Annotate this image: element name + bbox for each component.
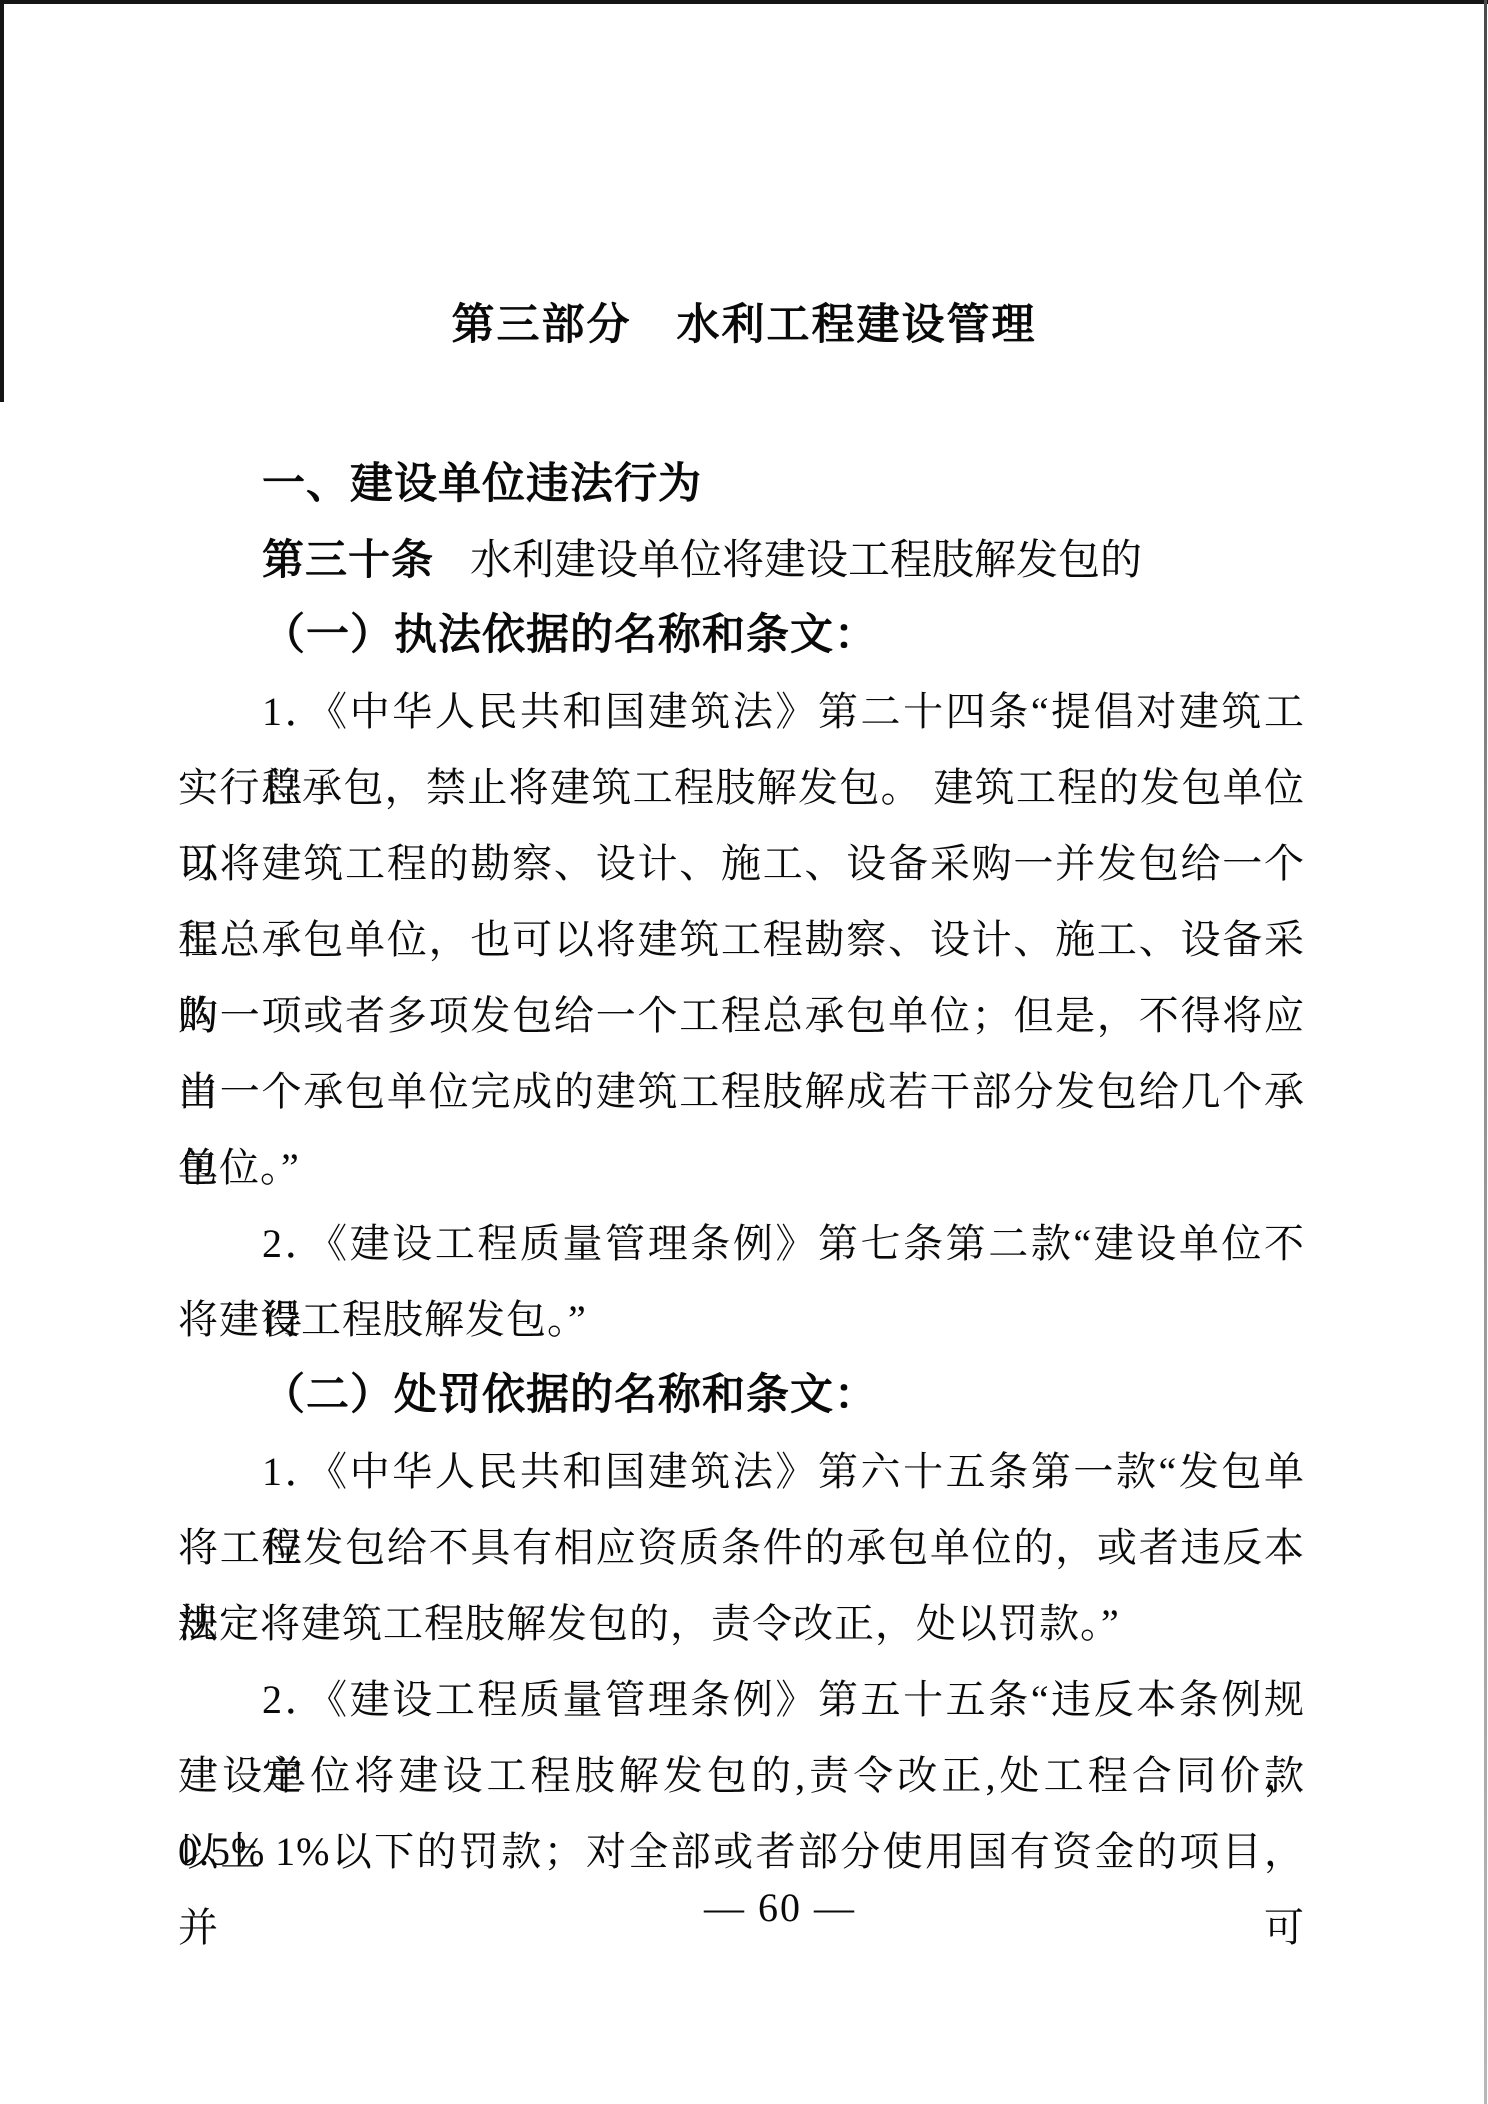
clause-subheading: （二）处罚依据的名称和条文： — [178, 1358, 1305, 1434]
text-line: 由一个承包单位完成的建筑工程肢解成若干部分发包给几个承包 — [178, 1054, 1305, 1130]
text-line: 1．《中华人民共和国建筑法》第六十五条第一款“发包单位 — [178, 1434, 1305, 1510]
article-number: 第三十条 — [262, 536, 434, 583]
text-line: 2．《建设工程质量管理条例》第七条第二款“建设单位不得 — [178, 1206, 1305, 1282]
text-line: 1．《中华人民共和国建筑法》第二十四条“提倡对建筑工程 — [178, 674, 1305, 750]
article-line: 第三十条水利建设单位将建设工程肢解发包的 — [178, 522, 1389, 599]
text-line: 规定将建筑工程肢解发包的，责令改正，处以罚款。” — [178, 1586, 1305, 1662]
document-page: 第三部分 水利工程建设管理 一、建设单位违法行为 第三十条水利建设单位将建设工程… — [0, 0, 1488, 2104]
text-line: 将工程发包给不具有相应资质条件的承包单位的，或者违反本法 — [178, 1510, 1305, 1586]
article-title: 水利建设单位将建设工程肢解发包的 — [470, 538, 1142, 584]
page-number: — 60 — — [36, 1878, 1488, 1938]
text-line: 2．《建设工程质量管理条例》第五十五条“违反本条例规定， — [178, 1662, 1305, 1738]
section-heading: 一、建设单位违法行为 — [178, 446, 1389, 522]
body-text: （一）执法依据的名称和条文：1．《中华人民共和国建筑法》第二十四条“提倡对建筑工… — [178, 598, 1305, 1890]
text-line: 以将建筑工程的勘察、设计、施工、设备采购一并发包给一个工 — [178, 826, 1305, 902]
text-line: 建设单位将建设工程肢解发包的,责令改正,处工程合同价款 0.5% — [178, 1738, 1305, 1814]
text-line: 的一项或者多项发包给一个工程总承包单位；但是，不得将应当 — [178, 978, 1305, 1054]
part-title: 第三部分 水利工程建设管理 — [0, 294, 1488, 356]
scan-border-top — [0, 0, 1488, 4]
text-line: 程总承包单位，也可以将建筑工程勘察、设计、施工、设备采购 — [178, 902, 1305, 978]
text-line: 单位。” — [178, 1130, 1305, 1206]
clause-subheading: （一）执法依据的名称和条文： — [178, 598, 1305, 674]
text-line: 将建设工程肢解发包。” — [178, 1282, 1305, 1358]
text-line: 实行总承包，禁止将建筑工程肢解发包。 建筑工程的发包单位可 — [178, 750, 1305, 826]
